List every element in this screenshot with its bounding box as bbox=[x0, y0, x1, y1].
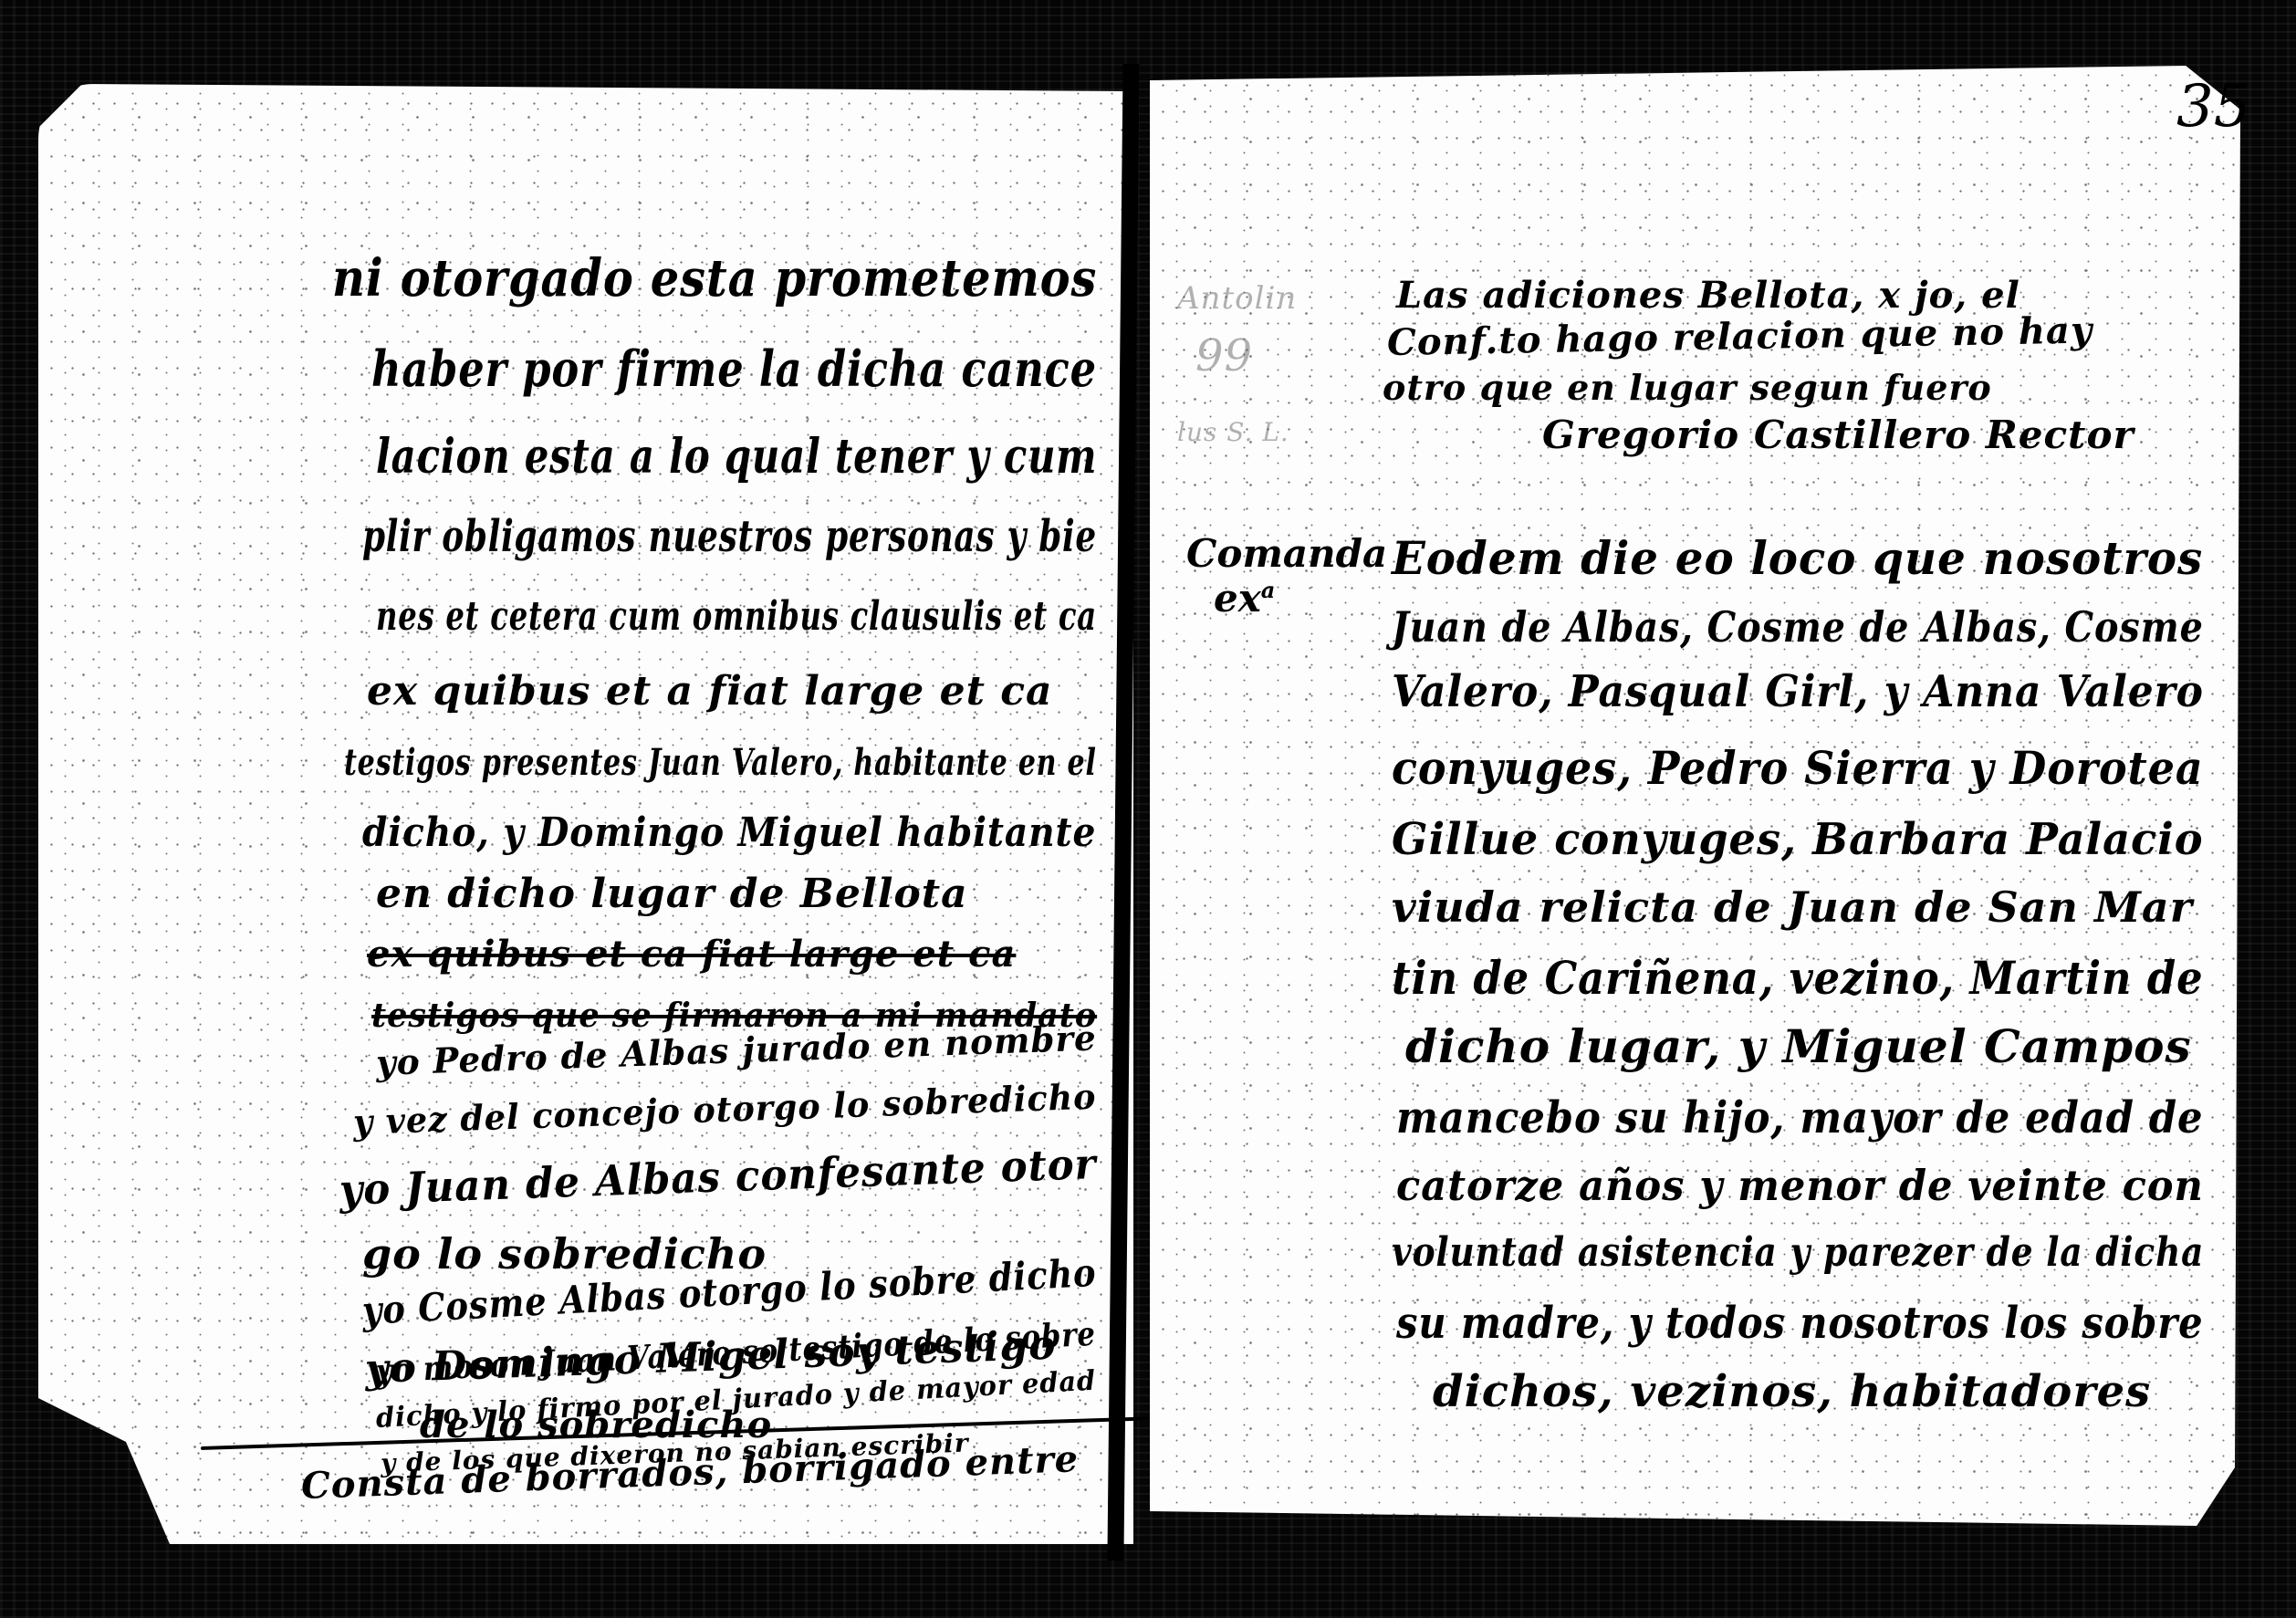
right-line-14: catorze años y menor de veinte con bbox=[1396, 1161, 2204, 1210]
manuscript-scan: ni otorgado esta prometemos haber por fi… bbox=[0, 0, 2296, 1618]
margin-note: Comanda exa bbox=[1186, 531, 1387, 621]
right-line-10: viuda relicta de Juan de San Mar bbox=[1392, 882, 2193, 932]
right-line-9: Gillue conyuges, Barbara Palacio bbox=[1392, 814, 2204, 865]
right-line-3: otro que en lugar segun fuero bbox=[1383, 367, 1992, 408]
left-line-14: yo Juan de Albas confesante otor bbox=[339, 1139, 1097, 1215]
right-line-11: tin de Cariñena, vezino, Martin de bbox=[1392, 951, 2204, 1005]
bleedthrough-2: 99 bbox=[1195, 330, 1253, 381]
right-line-13: mancebo su hijo, mayor de edad de bbox=[1396, 1092, 2204, 1143]
right-line-8: conyuges, Pedro Sierra y Dorotea bbox=[1392, 741, 2204, 795]
left-line-4: plir obligamos nuestros personas y bie bbox=[362, 511, 1097, 562]
right-line-2: Conf.to hago relacion que no hay bbox=[1387, 309, 2093, 364]
left-line-5: nes et cetera cum omnibus clausulis et c… bbox=[376, 593, 1097, 640]
left-line-8: dicho, y Domingo Miguel habitante bbox=[362, 809, 1096, 856]
bleedthrough-1: Antolin bbox=[1177, 280, 1297, 317]
left-line-7: testigos presentes Juan Valero, habitant… bbox=[344, 741, 1097, 784]
right-line-6: Juan de Albas, Cosme de Albas, Cosme bbox=[1392, 602, 2204, 652]
left-line-3: lacion esta a lo qual tener y cum bbox=[376, 429, 1097, 485]
left-line-13: y vez del concejo otorgo lo sobredicho bbox=[352, 1076, 1097, 1143]
right-line-1: Las adiciones Bellota, x jo, el bbox=[1396, 274, 2020, 317]
right-line-15: voluntad asistencia y parezer de la dich… bbox=[1392, 1229, 2204, 1276]
left-line-2: haber por firme la dicha cance bbox=[371, 339, 1097, 398]
bleedthrough-3: lus S. L. bbox=[1177, 417, 1289, 447]
right-line-16: su madre, y todos nosotros los sobre bbox=[1396, 1298, 2204, 1349]
right-line-12: dicho lugar, y Miguel Campos bbox=[1405, 1019, 2192, 1073]
right-page: Antolin 99 lus S. L. Las adiciones Bello… bbox=[1150, 66, 2240, 1526]
right-line-17: dichos, vezinos, habitadores bbox=[1433, 1366, 2151, 1417]
left-line-9: en dicho lugar de Bellota bbox=[376, 871, 968, 917]
right-line-7: Valero, Pasqual Girl, y Anna Valero bbox=[1392, 666, 2204, 717]
right-line-5: Eodem die eo loco que nosotros bbox=[1392, 531, 2203, 585]
folio-number: 35 bbox=[2176, 73, 2250, 141]
left-line-6: ex quibus et a fiat large et ca bbox=[367, 668, 1053, 715]
margin-note-line2: exa bbox=[1186, 576, 1387, 621]
margin-note-line1: Comanda bbox=[1186, 531, 1387, 576]
left-line-1: ni otorgado esta prometemos bbox=[332, 248, 1097, 308]
left-line-10-struck: ex quibus et ca fiat large et ca bbox=[367, 933, 1016, 976]
right-line-4: Gregorio Castillero Rector bbox=[1542, 412, 2134, 457]
